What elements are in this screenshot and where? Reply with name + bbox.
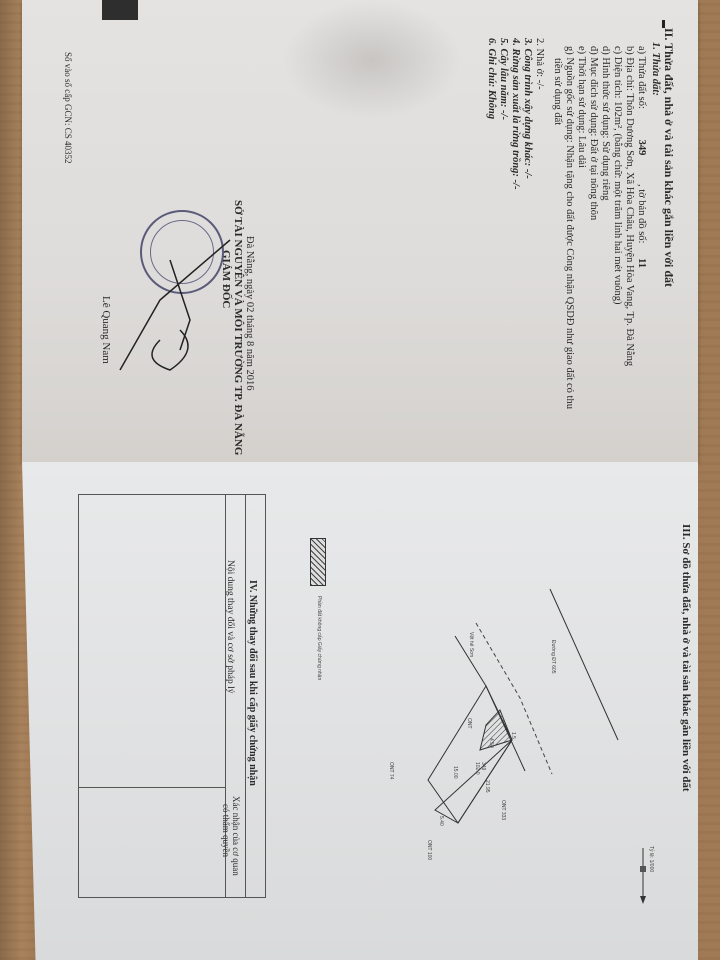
neighbor-parcel-74: ONT 74 xyxy=(388,762,394,779)
house-row: 2. Nhà ở: -/- xyxy=(533,38,546,90)
dimension-side: 15.00 xyxy=(452,766,458,779)
parcel-plan-drawing xyxy=(400,580,640,880)
note-row: 6. Ghi chú: Không xyxy=(485,38,498,119)
lane-label: Vệt hẻ Sơn xyxy=(468,632,474,657)
parcel-area-label: 102.0 xyxy=(474,762,480,775)
usage-origin-cont: tiền sử dụng đất xyxy=(551,58,564,125)
usage-form-row: d) Hình thức sử dụng: Sử dụng riêng xyxy=(599,46,612,200)
dimension-hatch: 4.50 xyxy=(488,738,494,748)
bullet-mark xyxy=(662,20,665,28)
area-row: c) Diện tích: 102m², (bằng chữ: một trăm… xyxy=(611,46,624,304)
legend-hatch-swatch xyxy=(310,538,326,586)
signature-scribble xyxy=(100,220,240,380)
shadow xyxy=(282,0,462,120)
dark-corner-object xyxy=(102,0,138,20)
map-sheet-label: , tờ bản đồ số: xyxy=(636,184,647,244)
section-iii-title: III. Sơ đồ thửa đất, nhà ở và tài sản kh… xyxy=(680,524,692,792)
usage-origin-row: g) Nguồn gốc sử dụng: Nhận tặng cho đất … xyxy=(563,46,576,409)
usage-term-row: e) Thời hạn sử dụng: Lâu dài xyxy=(575,46,588,168)
parcel-number-label-plan: 349 xyxy=(480,762,486,770)
parcel-number-value: 349 xyxy=(636,140,647,156)
dimension-width: 5.40 xyxy=(438,816,444,826)
usage-purpose-row: đ) Mục đích sử dụng: Đất ở tại nông thôn xyxy=(587,46,600,220)
changes-column-header: Nội dung thay đổi và cơ sở pháp lý xyxy=(223,560,236,694)
authority-column-header-line2: có thẩm quyền xyxy=(219,804,232,857)
other-construction-row: 3. Công trình xây dựng khác: -/- xyxy=(521,38,534,179)
director-name: Lê Quang Nam xyxy=(99,296,112,364)
parcel-number-label: a) Thửa đất số: xyxy=(636,46,647,109)
date-line: Đà Nẵng, ngày 02 tháng 8 năm 2016 xyxy=(243,236,256,391)
registry-number: Số vào sổ cấp GCN: CS 40352 xyxy=(61,52,74,164)
section-iv-title: IV. Những thay đổi sau khi cấp giấy chứn… xyxy=(247,580,258,786)
section-ii-title: II. Thửa đất, nhà ở và tài sản khác gắn … xyxy=(661,28,676,287)
map-sheet-value: 11 xyxy=(636,258,647,268)
planted-forest-row: 4. Rừng sản xuất là rừng trồng: -/- xyxy=(509,38,522,189)
parcel-subtitle: 1. Thửa đất: xyxy=(649,42,662,96)
parcel-number-row: a) Thửa đất số: 349 , tờ bản đồ số: 11 xyxy=(635,46,648,268)
perennial-tree-row: 5. Cây lâu năm: -/- xyxy=(497,38,510,120)
legend-text: Phần đất không cấp Giấy chứng nhận xyxy=(316,596,322,680)
use-code-label: ONT xyxy=(466,718,472,729)
dimension-front: 1.5 xyxy=(510,732,516,739)
neighbor-parcel-333: ONT 333 xyxy=(500,800,506,820)
address-row: b) Địa chỉ: Thôn Dương Sơn, Xã Hòa Châu,… xyxy=(623,46,636,366)
dimension-long: 21.95 xyxy=(484,780,490,793)
road-label: Đường ĐT 605 xyxy=(550,640,556,674)
neighbor-parcel-100: ONT 100 xyxy=(426,840,432,860)
